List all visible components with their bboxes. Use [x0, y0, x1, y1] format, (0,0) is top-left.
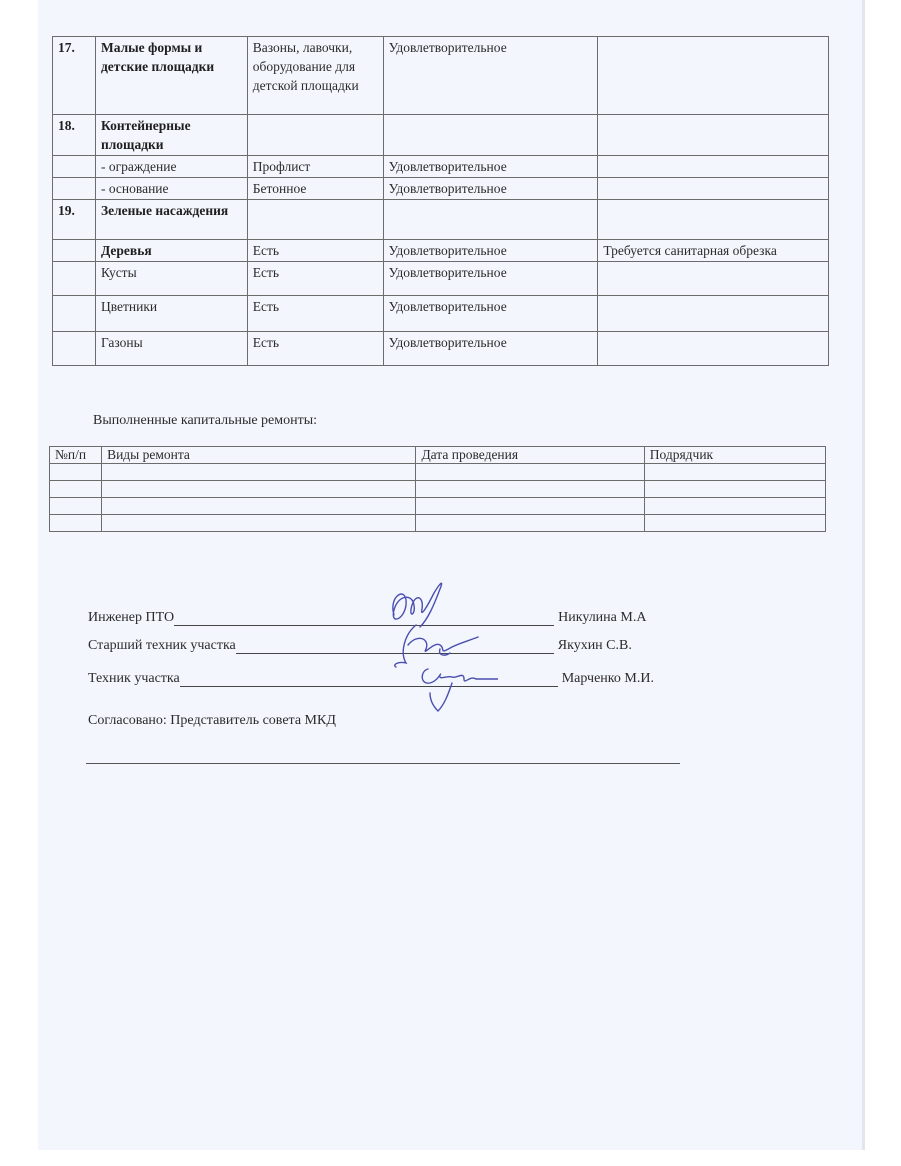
note-cell — [598, 37, 829, 115]
header-date: Дата проведения — [416, 447, 644, 464]
repairs-cell — [50, 515, 102, 532]
condition-cell: Удовлетворительное — [383, 240, 598, 262]
handwritten-signatures — [368, 575, 498, 715]
row-number-cell — [53, 262, 96, 296]
row-number-cell: 19. — [53, 200, 96, 240]
repairs-header-row: №п/п Виды ремонта Дата проведения Подряд… — [50, 447, 826, 464]
signature-name: Никулина М.А — [558, 610, 646, 626]
scanned-page: 17.Малые формы и детские площадкиВазоны,… — [38, 0, 865, 1150]
signature-role: Старший техник участка — [88, 638, 236, 654]
element-name-cell: Цветники — [95, 296, 247, 332]
repairs-cell — [102, 481, 416, 498]
repairs-cell — [50, 481, 102, 498]
header-contractor: Подрядчик — [644, 447, 825, 464]
repairs-cell — [644, 515, 825, 532]
material-cell: Есть — [247, 262, 383, 296]
approval-signature-line — [86, 763, 680, 764]
element-name-cell: - основание — [95, 178, 247, 200]
material-cell — [247, 200, 383, 240]
note-cell — [598, 156, 829, 178]
repairs-table: №п/п Виды ремонта Дата проведения Подряд… — [49, 446, 826, 532]
note-cell — [598, 332, 829, 366]
material-cell: Есть — [247, 296, 383, 332]
condition-cell: Удовлетворительное — [383, 178, 598, 200]
condition-cell — [383, 200, 598, 240]
repairs-row — [50, 481, 826, 498]
material-cell: Бетонное — [247, 178, 383, 200]
condition-cell: Удовлетворительное — [383, 156, 598, 178]
row-number-cell — [53, 240, 96, 262]
repairs-cell — [644, 481, 825, 498]
repairs-cell — [102, 464, 416, 481]
inspection-row: 19.Зеленые насаждения — [53, 200, 829, 240]
signature-row-senior-tech: Старший техник участка Якухин С.В. — [88, 638, 632, 654]
material-cell: Есть — [247, 240, 383, 262]
repairs-cell — [416, 498, 644, 515]
signature-role: Техник участка — [88, 671, 180, 687]
condition-cell: Удовлетворительное — [383, 296, 598, 332]
element-name-cell: Деревья — [95, 240, 247, 262]
inspection-row: 17.Малые формы и детские площадкиВазоны,… — [53, 37, 829, 115]
repairs-row — [50, 464, 826, 481]
condition-cell: Удовлетворительное — [383, 262, 598, 296]
element-name-cell: Контейнерные площадки — [95, 115, 247, 156]
condition-cell — [383, 115, 598, 156]
approval-label: Согласовано: Представитель совета МКД — [88, 713, 336, 729]
material-cell: Есть — [247, 332, 383, 366]
inspection-row: - основаниеБетонноеУдовлетворительное — [53, 178, 829, 200]
inspection-row: ЦветникиЕстьУдовлетворительное — [53, 296, 829, 332]
element-name-cell: Малые формы и детские площадки — [95, 37, 247, 115]
note-cell — [598, 296, 829, 332]
note-cell — [598, 200, 829, 240]
note-cell: Требуется санитарная обрезка — [598, 240, 829, 262]
header-num: №п/п — [50, 447, 102, 464]
note-cell — [598, 262, 829, 296]
inspection-row: 18.Контейнерные площадки — [53, 115, 829, 156]
repairs-caption: Выполненные капитальные ремонты: — [93, 413, 317, 429]
condition-cell: Удовлетворительное — [383, 37, 598, 115]
repairs-row — [50, 498, 826, 515]
repairs-cell — [102, 498, 416, 515]
inspection-row: ДеревьяЕстьУдовлетворительноеТребуется с… — [53, 240, 829, 262]
condition-cell: Удовлетворительное — [383, 332, 598, 366]
material-cell: Профлист — [247, 156, 383, 178]
repairs-cell — [416, 464, 644, 481]
row-number-cell — [53, 156, 96, 178]
signature-name: Марченко М.И. — [562, 671, 654, 687]
material-cell: Вазоны, лавочки, оборудование для детско… — [247, 37, 383, 115]
inspection-table: 17.Малые формы и детские площадкиВазоны,… — [52, 36, 829, 366]
row-number-cell — [53, 332, 96, 366]
element-name-cell: Газоны — [95, 332, 247, 366]
repairs-cell — [102, 515, 416, 532]
inspection-row: ГазоныЕстьУдовлетворительное — [53, 332, 829, 366]
repairs-cell — [416, 515, 644, 532]
row-number-cell — [53, 296, 96, 332]
repairs-cell — [50, 464, 102, 481]
signature-name: Якухин С.В. — [558, 638, 632, 654]
element-name-cell: Зеленые насаждения — [95, 200, 247, 240]
row-number-cell: 18. — [53, 115, 96, 156]
repairs-cell — [644, 498, 825, 515]
header-type: Виды ремонта — [102, 447, 416, 464]
note-cell — [598, 178, 829, 200]
row-number-cell — [53, 178, 96, 200]
material-cell — [247, 115, 383, 156]
inspection-row: КустыЕстьУдовлетворительное — [53, 262, 829, 296]
inspection-row: - ограждениеПрофлистУдовлетворительное — [53, 156, 829, 178]
element-name-cell: - ограждение — [95, 156, 247, 178]
signature-role: Инженер ПТО — [88, 610, 174, 626]
row-number-cell: 17. — [53, 37, 96, 115]
repairs-cell — [416, 481, 644, 498]
element-name-cell: Кусты — [95, 262, 247, 296]
note-cell — [598, 115, 829, 156]
repairs-cell — [644, 464, 825, 481]
repairs-row — [50, 515, 826, 532]
repairs-cell — [50, 498, 102, 515]
